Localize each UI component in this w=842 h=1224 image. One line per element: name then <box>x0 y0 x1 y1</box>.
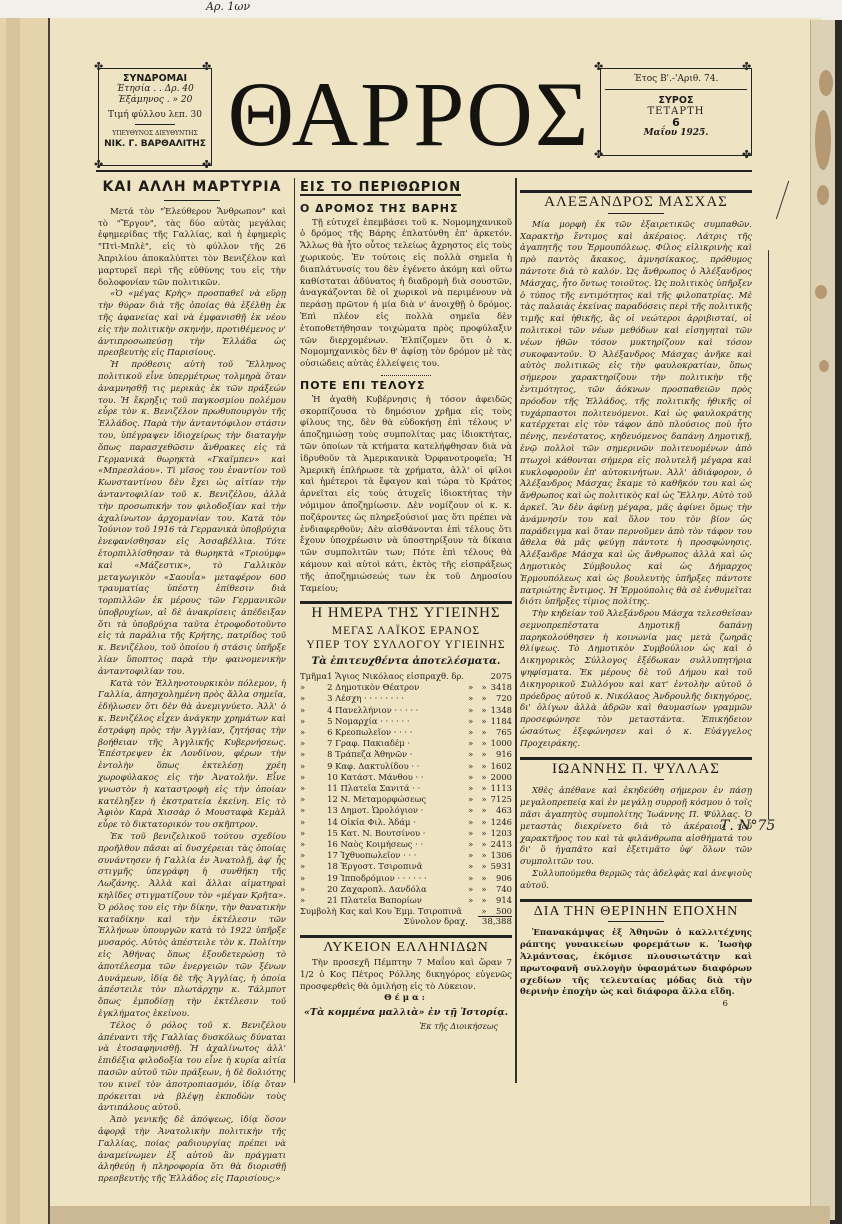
cell-q1: » <box>464 738 477 749</box>
cell-name: 8 Τράπεζα Ἀθηνῶν · <box>327 749 464 760</box>
cell-q1: » <box>464 727 477 738</box>
cell-q2: » <box>477 716 490 727</box>
column-divider <box>515 178 517 1083</box>
masthead-rule <box>96 170 752 172</box>
cell-q2: » <box>477 682 490 693</box>
headline-pote-epi-telous: ΠΟΤΕ ΕΠΙ ΤΕΛΟΥΣ <box>300 380 512 392</box>
signature: Ἐκ τῆς Διοικήσεως <box>300 1021 512 1033</box>
headline-lykeion: ΛΥΚΕΙΟΝ ΕΛΛΗΝΙΔΩΝ <box>300 942 512 954</box>
cell-q1: » <box>464 794 477 805</box>
cell-q2: » <box>477 828 490 839</box>
cell-lead: » <box>300 761 327 772</box>
cell-lead: » <box>300 861 327 872</box>
subhead-syllogos: ΥΠΕΡ ΤΟΥ ΣΥΛΛΟΓΟΥ ΥΓΙΕΙΝΗΣ <box>300 638 512 652</box>
table-row: »11 Πλατεῖα Σανιτά · ·»»1113 <box>300 783 512 794</box>
article-text: Ἡ ἀγαθὴ Κυβέρνησις ἡ τόσον ἀφειδῶς σκορπ… <box>300 395 512 596</box>
column-1: ΚΑΙ ΑΛΛΗ ΜΑΡΤΥΡΙΑ Μετά τὸν "Ἐλεύθερον Ἄν… <box>98 178 286 1186</box>
subscriptions-heading: ΣΥΝΔΡΟΜΑΙ <box>99 73 211 84</box>
table-row: »16 Ναὸς Κοιμήσεως · ·»»2413 <box>300 839 512 850</box>
cell-name: 5 Νομαρχία · · · · · · <box>327 716 464 727</box>
director-name: ΝΙΚ. Γ. ΒΑΡΘΑΛΙΤΗΣ <box>99 139 211 150</box>
cell-name: 4 Πανελλήνιον · · · · · <box>327 705 464 716</box>
table-row: »6 Κρεοπωλεῖον · · · ·»»765 <box>300 727 512 738</box>
annual-price: Έτησία . . Δρ. 40 <box>99 84 211 95</box>
cell-q2: » <box>477 738 490 749</box>
cell-name: 11 Πλατεῖα Σανιτά · · <box>327 783 464 794</box>
cell-amount: 740 <box>491 884 512 895</box>
cell-lead: » <box>300 794 327 805</box>
issue-box: Έτος Β'.-'Αριθ. 74. ΣΥΡΟΣ ΤΕΤΑΡΤΗ 6 Μαΐο… <box>600 68 752 156</box>
cell-q2: » <box>477 749 490 760</box>
cell-q1: » <box>464 884 477 895</box>
table-row: »12 Ν. Μεταμορφώσεως»»7125 <box>300 794 512 805</box>
table-row: »8 Τράπεζα Ἀθηνῶν ·»»916 <box>300 749 512 760</box>
cell-amount: 5931 <box>491 861 512 872</box>
table-row: »13 Δημοτ. Ὡρολόγιον ·»»463 <box>300 805 512 816</box>
table-row: »9 Καφ. Δακτυλίδου · ·»»1602 <box>300 761 512 772</box>
cell-name: 13 Δημοτ. Ὡρολόγιον · <box>327 805 464 816</box>
cell-name: 20 Ζαχαροπλ. Δανδόλα <box>327 884 464 895</box>
cell-name: 10 Κατάστ. Μάνθου · · <box>327 772 464 783</box>
cell-name: 16 Ναὸς Κοιμήσεως · · <box>327 839 464 850</box>
cell-q2: » <box>477 873 490 884</box>
cell-q2: » <box>477 794 490 805</box>
headline-dromos-varis: Ο ΔΡΟΜΟΣ ΤΗΣ ΒΑΡΗΣ <box>300 203 512 215</box>
cell-name: 19 Ἱπποδρόμιον · · · · · · <box>327 873 464 884</box>
handwritten-note-top: Αρ. 1ων <box>206 0 250 13</box>
paragraph: Μετά τὸν "Ἐλεύθερον Ἄνθρωπον" καὶ τὸ "Ἔρ… <box>98 207 286 290</box>
cell-q1 <box>464 906 477 917</box>
table-row: »17 Ἰχθυοπωλεῖον · · ·»»1306 <box>300 850 512 861</box>
cell-amount: 720 <box>491 693 512 704</box>
insertion-mark: 6 <box>520 999 752 1011</box>
cell-lead: » <box>300 850 327 861</box>
cell-q1: » <box>464 817 477 828</box>
advertisement-text: Ἐπανακάμψας ἐξ Ἀθηνῶν ὁ καλλιτέχνης ράπτ… <box>520 928 752 999</box>
table-row: »20 Ζαχαροπλ. Δανδόλα»»740 <box>300 884 512 895</box>
cell-name: 7 Γραφ. Πακιαδέμ · <box>327 738 464 749</box>
cell-amount: 2413 <box>491 839 512 850</box>
results-title: Τὰ ἐπιτευχθέντα ἀποτελέσματα. <box>300 656 512 668</box>
cell-q1: » <box>464 828 477 839</box>
headline-imera-ygieinis: Η ΗΜΕΡΑ ΤΗΣ ΥΓΙΕΙΝΗΣ <box>300 608 512 620</box>
total-label: Σύνολον δραχ. <box>400 917 478 927</box>
cell-lead: » <box>300 772 327 783</box>
cell-name: 9 Καφ. Δακτυλίδου · · <box>327 761 464 772</box>
cell-amount: 765 <box>491 727 512 738</box>
cell-amount: 906 <box>491 873 512 884</box>
subhead-eranos: ΜΕΓΑΣ ΛΑΪΚΟΣ ΕΡΑΝΟΣ <box>300 624 512 638</box>
cell-name: Συμβολὴ Κας καὶ Κου Ἐμμ. Τσιροπινᾶ <box>300 906 464 917</box>
total-row: Σύνολον δραχ.38,388 <box>300 917 512 929</box>
cell-amount: 1000 <box>491 738 512 749</box>
facing-page-edge <box>0 18 50 1224</box>
cell-q2: » <box>477 817 490 828</box>
cell-q2: » <box>477 727 490 738</box>
cell-lead: » <box>300 682 327 693</box>
paragraph: Μία μορφὴ ἐκ τῶν ἐξαιρετικῶς συμπαθῶν. Χ… <box>520 220 752 609</box>
cell-q2: » <box>477 705 490 716</box>
cell-name: 17 Ἰχθυοπωλεῖον · · · <box>327 850 464 861</box>
cell-amount: 7125 <box>491 794 512 805</box>
headline-alexandros-maschas: ΑΛΕΞΑΝΔΡΟΣ ΜΑΣΧΑΣ <box>520 197 752 209</box>
cell-q1: » <box>464 772 477 783</box>
cell-lead: » <box>300 705 327 716</box>
cell-q2: » <box>477 850 490 861</box>
cell-lead: » <box>300 805 327 816</box>
table-row: »15 Κατ. Ν. Βουτσίνου ·»»1203 <box>300 828 512 839</box>
table-row: »21 Πλατεῖα Βαπορίων»»914 <box>300 895 512 906</box>
cell-lead: » <box>300 895 327 906</box>
table-row: Τμῆμα1 Ἅγιος Νικόλαος εἰσπραχθ. δρ.2075 <box>300 671 512 682</box>
paragraph: Ἡ πρόθεσις αὐτὴ τοῦ Ἕλληνος πολιτικοῦ εἶ… <box>98 360 286 679</box>
headline-therini-epochi: ΔΙΑ ΤΗΝ ΘΕΡΙΝΗΝ ΕΠΟΧΗΝ <box>520 906 752 918</box>
article-text: Τὴν προσεχῆ Πέμπτην 7 Μαΐου καὶ ὥραν 7 1… <box>300 958 512 993</box>
cell-q2: » <box>477 884 490 895</box>
cell-lead: » <box>300 873 327 884</box>
cell-q1: » <box>464 716 477 727</box>
day: 6 <box>601 117 751 128</box>
cell-q1: » <box>464 761 477 772</box>
paragraph: Τέλος ὁ ρόλος τοῦ κ. Βενιζέλου ἀπέναντι … <box>98 1021 286 1115</box>
cell-q1: » <box>464 682 477 693</box>
issue-price: Τιμή φύλλου λεπ. 30 <box>99 110 211 121</box>
column-2: ΕΙΣ ΤΟ ΠΕΡΙΘΩΡΙΟΝ Ο ΔΡΟΜΟΣ ΤΗΣ ΒΑΡΗΣ Τῇ … <box>300 178 512 1033</box>
headline-ioannis-psyllas: ΙΩΑΝΝΗΣ Π. ΨΥΛΛΑΣ <box>520 764 752 776</box>
cell-lead: » <box>300 839 327 850</box>
table-row: »10 Κατάστ. Μάνθου · ·»»2000 <box>300 772 512 783</box>
place: ΣΥΡΟΣ <box>601 95 751 106</box>
table-row: »2 Δημοτικὸν Θέατρον»»3418 <box>300 682 512 693</box>
page-right-edge <box>810 20 835 1220</box>
paragraph: Ἐκ τοῦ βενιζελικοῦ τούτου σχεδίου προῆλθ… <box>98 832 286 1021</box>
cell-q2: » <box>477 693 490 704</box>
headline-alli-martyria: ΚΑΙ ΑΛΛΗ ΜΑΡΤΥΡΙΑ <box>98 182 286 194</box>
cell-name: 3 Λέσχη · · · · · · · · <box>327 693 464 704</box>
cell-q2: » <box>477 861 490 872</box>
cell-amount: 463 <box>491 805 512 816</box>
cell-q1: » <box>464 749 477 760</box>
cell-name: 18 Ἐργοστ. Τσιροπινᾶ <box>327 861 464 872</box>
cell-lead: » <box>300 828 327 839</box>
cell-q1: » <box>464 705 477 716</box>
table-row: »19 Ἱπποδρόμιον · · · · · ·»»906 <box>300 873 512 884</box>
cell-lead: » <box>300 817 327 828</box>
year-number: Έτος Β'.-'Αριθ. 74. <box>605 74 747 90</box>
table-row: »18 Ἐργοστ. Τσιροπινᾶ»»5931 <box>300 861 512 872</box>
cell-name: 21 Πλατεῖα Βαπορίων <box>327 895 464 906</box>
cell-q2: » <box>477 895 490 906</box>
cell-q1: » <box>464 805 477 816</box>
cell-name: 1 Ἅγιος Νικόλαος εἰσπραχθ. δρ. <box>327 671 464 682</box>
cell-amount: 2000 <box>491 772 512 783</box>
paragraph: Κατὰ τὸν Ἑλληνοτουρκικὸν πόλεμον, ἡ Γαλλ… <box>98 679 286 832</box>
column-3: ΑΛΕΞΑΝΔΡΟΣ ΜΑΣΧΑΣ Μία μορφὴ ἐκ τῶν ἐξαιρ… <box>520 178 752 1011</box>
cell-q1: » <box>464 839 477 850</box>
cell-q2 <box>477 671 490 682</box>
cell-lead: » <box>300 749 327 760</box>
paragraph: Τὴν κηδείαν τοῦ Ἀλεξάνδρου Μάσχα τελεσθε… <box>520 609 752 751</box>
cell-amount: 1246 <box>491 817 512 828</box>
scan-top-strip <box>0 0 842 20</box>
paragraph: Συλλυπούμεθα θερμῶς τὰς ἀδελφὰς καὶ ἀνεψ… <box>520 869 752 893</box>
total-value: 38,388 <box>478 916 512 927</box>
section-headline-peritheorion: ΕΙΣ ΤΟ ΠΕΡΙΘΩΡΙΟΝ <box>300 182 461 196</box>
cell-lead: » <box>300 727 327 738</box>
cell-amount: 914 <box>491 895 512 906</box>
cell-lead: » <box>300 783 327 794</box>
cell-amount: 2075 <box>491 671 512 682</box>
subscription-box: ΣΥΝΔΡΟΜΑΙ Έτησία . . Δρ. 40 Έξάμηνος . »… <box>98 68 212 166</box>
cell-amount: 916 <box>491 749 512 760</box>
cell-amount: 3418 <box>491 682 512 693</box>
cell-amount: 1348 <box>491 705 512 716</box>
cell-name: 14 Οἰκία Φιλ. Ἀδάμ · <box>327 817 464 828</box>
page-bottom-edge <box>50 1206 830 1224</box>
table-row: »7 Γραφ. Πακιαδέμ ·»»1000 <box>300 738 512 749</box>
cell-amount: 1113 <box>491 783 512 794</box>
theme-label: Θέμα: <box>300 993 512 1005</box>
cell-lead: Τμῆμα <box>300 671 327 682</box>
cell-lead: » <box>300 884 327 895</box>
theme-title: «Τὰ κομμένα μαλλιὰ» ἐν τῇ Ἱστορίᾳ. <box>300 1007 512 1019</box>
cell-q2: » <box>477 761 490 772</box>
pencil-bracket <box>768 250 769 820</box>
cell-name: 12 Ν. Μεταμορφώσεως <box>327 794 464 805</box>
cell-q1: » <box>464 783 477 794</box>
semiannual-price: Έξάμηνος . » 20 <box>99 95 211 106</box>
cell-q1: » <box>464 873 477 884</box>
table-row: »4 Πανελλήνιον · · · · ·»»1348 <box>300 705 512 716</box>
cell-q1 <box>464 671 477 682</box>
cell-q1: » <box>464 693 477 704</box>
cell-q1: » <box>464 895 477 906</box>
cell-q1: » <box>464 850 477 861</box>
cell-name: 6 Κρεοπωλεῖον · · · · <box>327 727 464 738</box>
cell-name: 2 Δημοτικὸν Θέατρον <box>327 682 464 693</box>
cell-q2: » <box>477 805 490 816</box>
cell-amount: 1306 <box>491 850 512 861</box>
paragraph: «Ὁ «μέγας Κρὴς» προσπαθεῖ νὰ εὕρῃ τὴν θύ… <box>98 289 286 360</box>
cell-amount: 1602 <box>491 761 512 772</box>
date: Μαΐου 1925. <box>601 128 751 139</box>
article-text: Τῇ εὐτυχεῖ ἐπεμβάσει τοῦ κ. Νομομηχανικο… <box>300 218 512 371</box>
cell-q2: » <box>477 839 490 850</box>
table-row: »3 Λέσχη · · · · · · · ·»»720 <box>300 693 512 704</box>
cell-amount: 1184 <box>491 716 512 727</box>
cell-lead: » <box>300 693 327 704</box>
paragraph: Ἀπὸ γενικῆς δὲ ἀπόψεως, ἰδίᾳ ὅσον ἀφορᾷ … <box>98 1115 286 1186</box>
cell-q1: » <box>464 861 477 872</box>
cell-name: 15 Κατ. Ν. Βουτσίνου · <box>327 828 464 839</box>
table-row: »5 Νομαρχία · · · · · ·»»1184 <box>300 716 512 727</box>
table-row: »14 Οἰκία Φιλ. Ἀδάμ ·»»1246 <box>300 817 512 828</box>
handwritten-note-margin: Τ. Ν°75 <box>720 818 775 834</box>
newspaper-title: ΘΑΡΡΟΣ <box>224 66 594 162</box>
paragraph: Χθὲς ἀπέθανε καὶ ἐκηδεύθη σήμερον ἐν πάσ… <box>520 786 752 869</box>
cell-lead: » <box>300 716 327 727</box>
cell-q2: » <box>477 772 490 783</box>
cell-lead: » <box>300 738 327 749</box>
director-label: ΥΠΕΥΘΥΝΟΣ ΔΙΕΥΘΥΝΤΗΣ <box>99 128 211 139</box>
cell-q2: » <box>477 783 490 794</box>
column-divider <box>294 178 295 1083</box>
cell-amount: 1203 <box>491 828 512 839</box>
collection-results-table: Τμῆμα1 Ἅγιος Νικόλαος εἰσπραχθ. δρ.2075»… <box>300 671 512 917</box>
